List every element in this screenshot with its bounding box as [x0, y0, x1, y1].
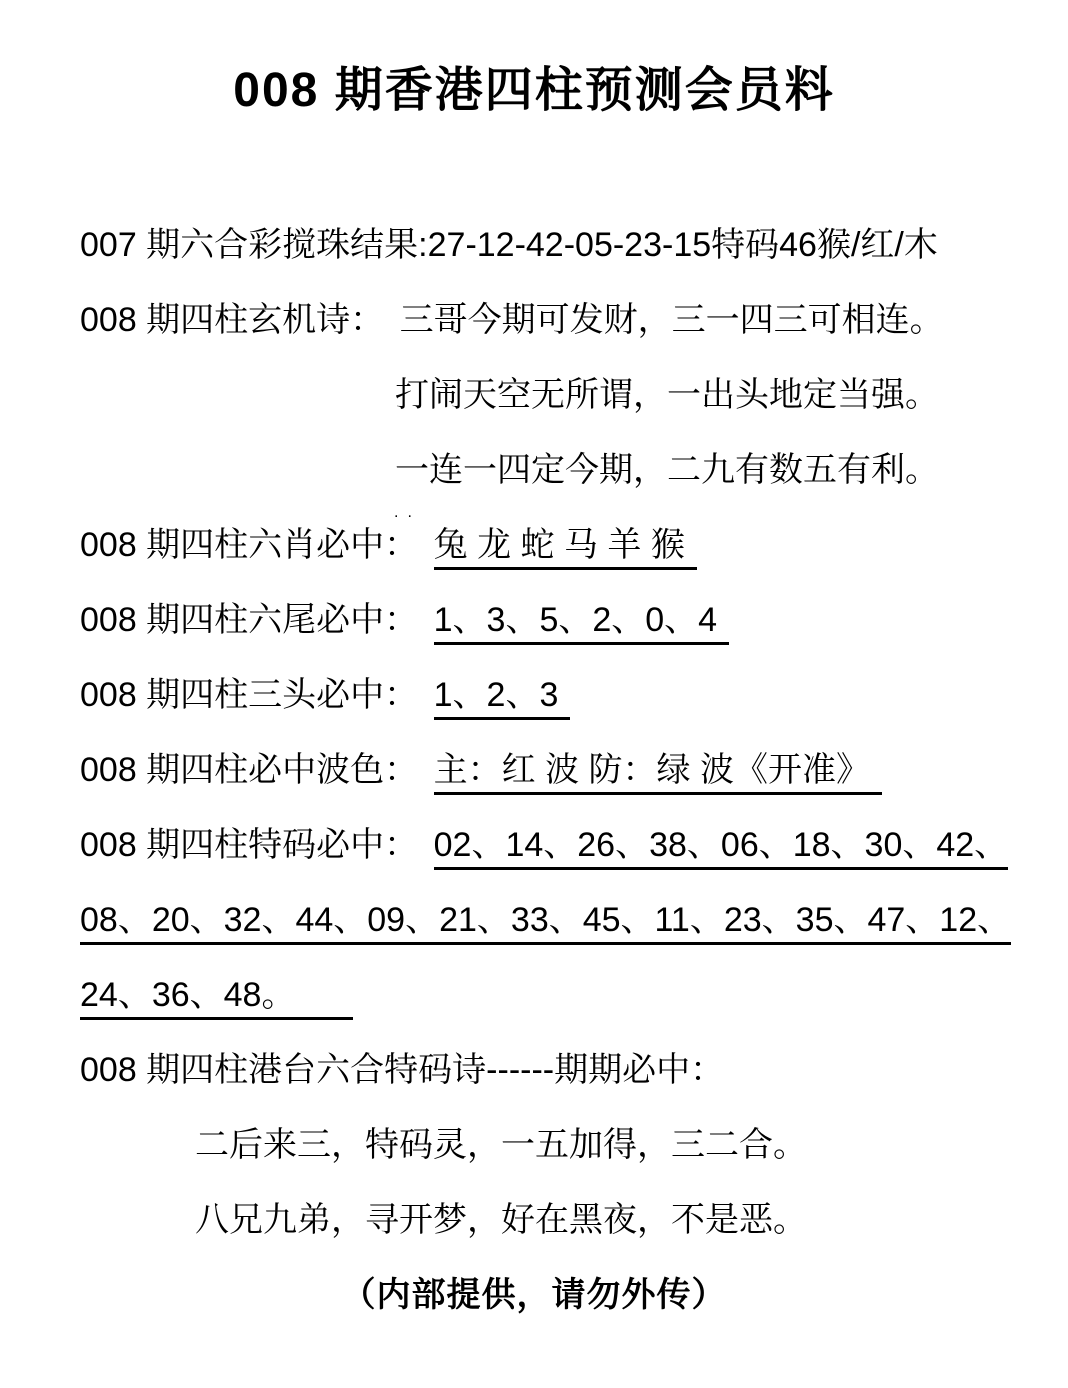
special-poem-verse-2: 八兄九弟，寻开梦，好在黑夜，不是恶。	[195, 1199, 988, 1241]
lottery-result-line: 007 期六合彩搅珠结果:27-12-42-05-23-15特码46猴/红/木	[80, 224, 988, 266]
footer-notice: （内部提供，请勿外传）	[80, 1274, 988, 1316]
mystic-poem-verse-1: 三哥今期可发财，三一四三可相连。	[400, 301, 944, 339]
mystic-poem-verse-2: 打闹天空无所谓，一出头地定当强。	[395, 374, 988, 416]
special-poem-header: 008 期四柱港台六合特码诗------期期必中：	[80, 1049, 988, 1091]
page-title: 008 期香港四柱预测会员料	[0, 62, 1068, 120]
mystic-poem-label: 008 期四柱玄机诗：	[80, 301, 384, 339]
prediction-special-numbers-value: 02、14、26、38、06、18、30、42、	[434, 826, 1009, 870]
prediction-six-tails-value: 1、3、5、2、0、4	[434, 601, 729, 645]
special-numbers-continuation-2: 24、36、48。	[80, 976, 353, 1020]
prediction-special-numbers-line-1: 008 期四柱特码必中： 02、14、26、38、06、18、30、42、	[80, 824, 988, 866]
prediction-wave-color-line: 008 期四柱必中波色： 主：红 波 防：绿 波《开准》	[80, 749, 988, 791]
prediction-six-zodiac-line: 008 期四柱六肖必中： 兔 龙 蛇 马 羊 猴	[80, 524, 988, 566]
prediction-wave-color-label: 008 期四柱必中波色：	[80, 751, 418, 789]
mystic-poem-verse-3: 一连一四定今期，二九有数五有利。	[395, 449, 988, 491]
special-poem-verse-1: 二后来三，特码灵，一五加得，三二合。	[195, 1124, 988, 1166]
document-page: 008 期香港四柱预测会员料 .. 007 期六合彩搅珠结果:27-12-42-…	[0, 0, 1068, 1388]
prediction-six-tails-label: 008 期四柱六尾必中：	[80, 601, 418, 639]
prediction-special-numbers-line-3: 24、36、48。	[80, 974, 988, 1016]
prediction-three-heads-value: 1、2、3	[434, 676, 571, 720]
scan-artifact-dots: ..	[394, 504, 421, 522]
prediction-three-heads-label: 008 期四柱三头必中：	[80, 676, 418, 714]
prediction-special-numbers-label: 008 期四柱特码必中：	[80, 826, 418, 864]
prediction-six-zodiac-value: 兔 龙 蛇 马 羊 猴	[434, 526, 697, 570]
mystic-poem-line-1: 008 期四柱玄机诗： 三哥今期可发财，三一四三可相连。	[80, 299, 988, 341]
prediction-six-zodiac-label: 008 期四柱六肖必中：	[80, 526, 418, 564]
special-numbers-continuation-1: 08、20、32、44、09、21、33、45、11、23、35、47、12、	[80, 901, 1011, 945]
document-body: 007 期六合彩搅珠结果:27-12-42-05-23-15特码46猴/红/木 …	[0, 224, 1068, 1316]
prediction-three-heads-line: 008 期四柱三头必中： 1、2、3	[80, 674, 988, 716]
prediction-special-numbers-line-2: 08、20、32、44、09、21、33、45、11、23、35、47、12、	[80, 899, 988, 941]
prediction-six-tails-line: 008 期四柱六尾必中： 1、3、5、2、0、4	[80, 599, 988, 641]
prediction-wave-color-value: 主：红 波 防：绿 波《开准》	[434, 751, 882, 795]
